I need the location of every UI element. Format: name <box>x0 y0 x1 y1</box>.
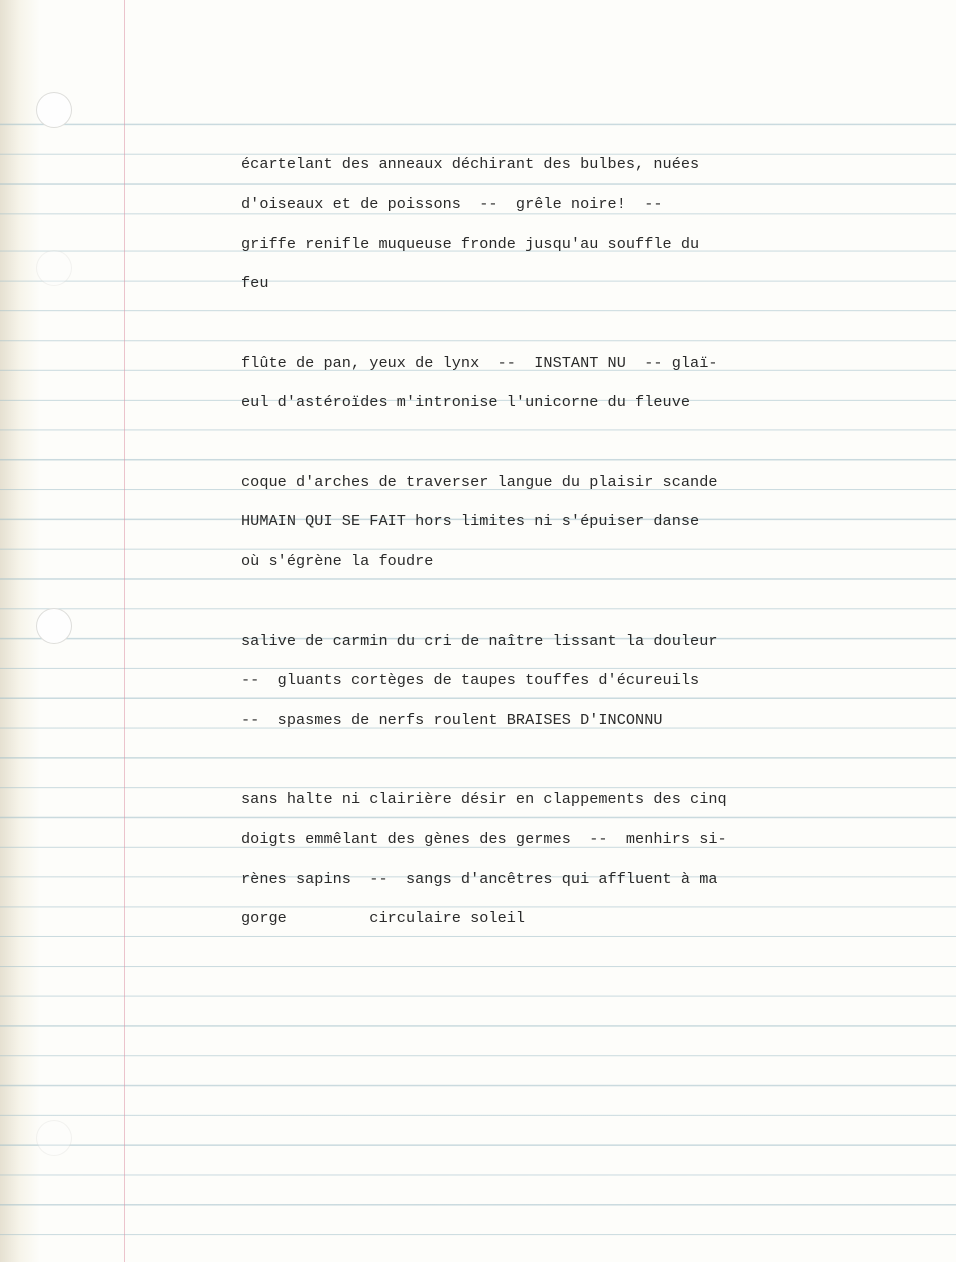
poem-line: salive de carmin du cri de naître lissan… <box>241 632 718 650</box>
poem-line: doigts emmêlant des gènes des germes -- … <box>241 830 727 848</box>
poem-line: feu <box>241 274 269 292</box>
poem-line: coque d'arches de traverser langue du pl… <box>241 473 718 491</box>
notebook-page: écartelant des anneaux déchirant des bul… <box>0 0 956 1262</box>
punch-hole <box>36 1120 72 1156</box>
poem-line: -- gluants cortèges de taupes touffes d'… <box>241 671 699 689</box>
punch-hole <box>36 250 72 286</box>
poem-line: rènes sapins -- sangs d'ancêtres qui aff… <box>241 870 718 888</box>
poem-line: gorge circulaire soleil <box>241 909 525 927</box>
punch-hole <box>36 92 72 128</box>
poem-line: où s'égrène la foudre <box>241 552 433 570</box>
poem-line: HUMAIN QUI SE FAIT hors limites ni s'épu… <box>241 512 699 530</box>
margin-line <box>124 0 125 1262</box>
poem-line: -- spasmes de nerfs roulent BRAISES D'IN… <box>241 711 663 729</box>
poem-line: sans halte ni clairière désir en clappem… <box>241 790 727 808</box>
poem-line: d'oiseaux et de poissons -- grêle noire!… <box>241 195 663 213</box>
punch-hole <box>36 608 72 644</box>
poem-line: flûte de pan, yeux de lynx -- INSTANT NU… <box>241 354 718 372</box>
poem-line: écartelant des anneaux déchirant des bul… <box>241 155 699 173</box>
poem-line: eul d'astéroïdes m'intronise l'unicorne … <box>241 393 690 411</box>
poem-line: griffe renifle muqueuse fronde jusqu'au … <box>241 235 699 253</box>
